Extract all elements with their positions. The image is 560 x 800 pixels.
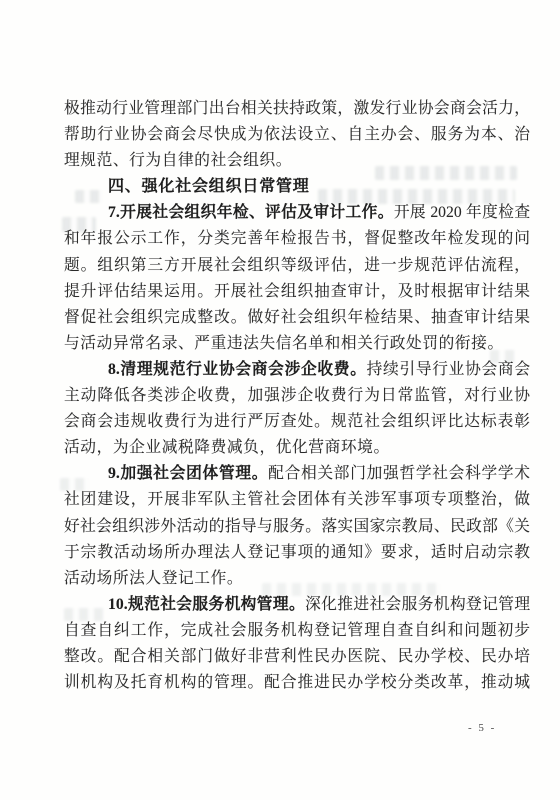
text-line: 7.开展社会组织年检、评估及审计工作。开展 2020 年度检查	[64, 200, 530, 226]
text-run: 开展 2020 年度检查	[394, 204, 530, 221]
text-line: 自查自纠工作，完成社会服务机构登记管理自查自纠和问题初步	[64, 618, 530, 644]
text-run: 深化推进社会服务机构登记管理	[305, 596, 530, 613]
text-run: 训机构及托育机构的管理。配合推进民办学校分类改革，推动城	[64, 674, 530, 691]
text-line: 8.清理规范行业协会商会涉企收费。持续引导行业协会商会	[64, 357, 530, 383]
text-run: 提升评估结果运用。开展社会组织抽查审计，及时根据审计结果	[64, 283, 530, 300]
text-run: 帮助行业协会商会尽快成为依法设立、自主办会、服务为本、治	[64, 126, 530, 143]
text-line: 训机构及托育机构的管理。配合推进民办学校分类改革，推动城	[64, 670, 530, 696]
text-run: 社团建设，开展非军队主管社会团体有关涉军事项专项整治，做	[64, 491, 530, 508]
text-line: 好社会组织涉外活动的指导与服务。落实国家宗教局、民政部《关	[64, 514, 530, 540]
text-line: 于宗教活动场所办理法人登记事项的通知》要求，适时启动宗教	[64, 540, 530, 566]
text-run: 活动，为企业减税降费减负，优化营商环境。	[64, 439, 390, 456]
text-run: 和年报公示工作，分类完善年检报告书，督促整改年检发现的问	[64, 230, 530, 247]
text-line: 活动场所法人登记工作。	[64, 566, 530, 592]
text-line: 帮助行业协会商会尽快成为依法设立、自主办会、服务为本、治	[64, 122, 530, 148]
bold-lead-run: 8.清理规范行业协会商会涉企收费。	[108, 361, 367, 378]
bold-lead-run: 四、强化社会组织日常管理	[108, 178, 310, 195]
text-line: 理规范、行为自律的社会组织。	[64, 148, 530, 174]
page-number: - 5 -	[468, 722, 496, 734]
text-line: 督促社会组织完成整改。做好社会组织年检结果、抽查审计结果	[64, 305, 530, 331]
text-run: 题。组织第三方开展社会组织等级评估，进一步规范评估流程，	[64, 257, 530, 274]
text-run: 督促社会组织完成整改。做好社会组织年检结果、抽查审计结果	[64, 309, 530, 326]
text-run: 好社会组织涉外活动的指导与服务。落实国家宗教局、民政部《关	[64, 518, 530, 535]
text-line: 和年报公示工作，分类完善年检报告书，督促整改年检发现的问	[64, 226, 530, 252]
text-run: 会商会违规收费行为进行严厉查处。规范社会组织评比达标表彰	[64, 413, 530, 430]
document-page: 极推动行业管理部门出台相关扶持政策，激发行业协会商会活力，帮助行业协会商会尽快成…	[0, 0, 560, 800]
text-run: 极推动行业管理部门出台相关扶持政策，激发行业协会商会活力，	[64, 100, 530, 117]
text-line: 提升评估结果运用。开展社会组织抽查审计，及时根据审计结果	[64, 279, 530, 305]
text-line: 主动降低各类涉企收费，加强涉企收费行为日常监管，对行业协	[64, 383, 530, 409]
text-line: 整改。配合相关部门做好非营利性民办医院、民办学校、民办培	[64, 644, 530, 670]
text-run: 于宗教活动场所办理法人登记事项的通知》要求，适时启动宗教	[64, 544, 530, 561]
bold-lead-run: 9.加强社会团体管理。	[108, 465, 268, 482]
text-line: 与活动异常名录、严重违法失信名单和相关行政处罚的衔接。	[64, 331, 530, 357]
text-line: 会商会违规收费行为进行严厉查处。规范社会组织评比达标表彰	[64, 409, 530, 435]
text-run: 主动降低各类涉企收费，加强涉企收费行为日常监管，对行业协	[64, 387, 530, 404]
text-run: 与活动异常名录、严重违法失信名单和相关行政处罚的衔接。	[64, 335, 504, 352]
text-run: 自查自纠工作，完成社会服务机构登记管理自查自纠和问题初步	[64, 622, 530, 639]
text-run: 配合相关部门加强哲学社会科学学术	[268, 465, 530, 482]
text-run: 理规范、行为自律的社会组织。	[64, 152, 292, 169]
text-run: 持续引导行业协会商会	[367, 361, 530, 378]
section-heading: 四、强化社会组织日常管理	[64, 174, 530, 200]
text-run: 整改。配合相关部门做好非营利性民办医院、民办学校、民办培	[64, 648, 530, 665]
text-line: 社团建设，开展非军队主管社会团体有关涉军事项专项整治，做	[64, 487, 530, 513]
text-block: 极推动行业管理部门出台相关扶持政策，激发行业协会商会活力，帮助行业协会商会尽快成…	[64, 96, 530, 696]
text-run: 活动场所法人登记工作。	[64, 570, 243, 587]
text-line: 9.加强社会团体管理。配合相关部门加强哲学社会科学学术	[64, 461, 530, 487]
bold-lead-run: 10.规范社会服务机构管理。	[108, 596, 305, 613]
text-line: 题。组织第三方开展社会组织等级评估，进一步规范评估流程，	[64, 253, 530, 279]
text-line: 极推动行业管理部门出台相关扶持政策，激发行业协会商会活力，	[64, 96, 530, 122]
bold-lead-run: 7.开展社会组织年检、评估及审计工作。	[108, 204, 394, 221]
text-line: 活动，为企业减税降费减负，优化营商环境。	[64, 435, 530, 461]
text-line: 10.规范社会服务机构管理。深化推进社会服务机构登记管理	[64, 592, 530, 618]
